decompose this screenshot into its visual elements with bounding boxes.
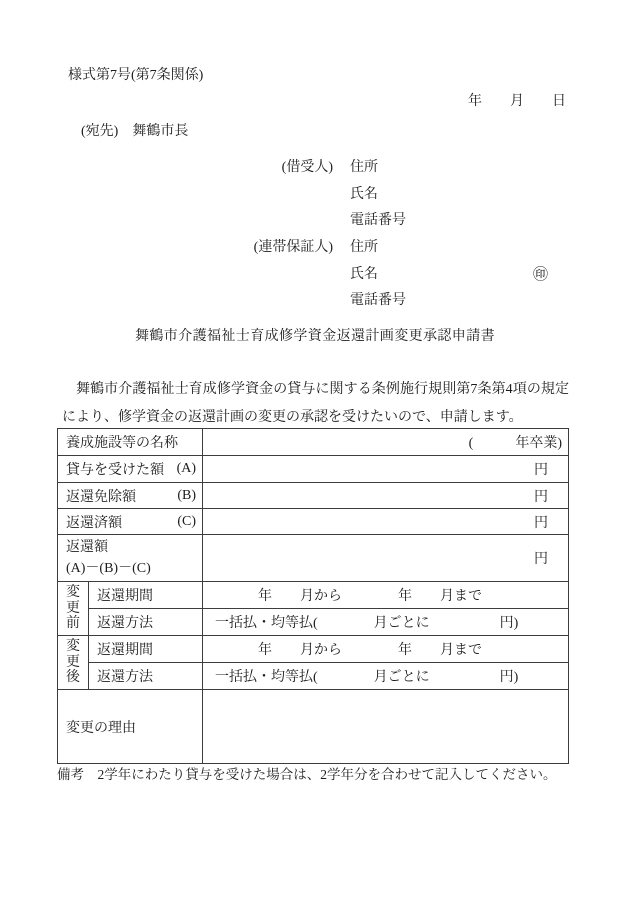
- addressee-line: (宛先)舞鶴市長: [81, 124, 188, 140]
- guarantor-role-label: (連帯保証人): [180, 236, 333, 256]
- before-method-value: 一括払・均等払( 月ごとに 円): [203, 609, 569, 636]
- phone-label: 電話番号: [350, 209, 406, 229]
- facility-row: 養成施設等の名称 ( 年卒業): [58, 429, 569, 456]
- facility-value: ( 年卒業): [203, 429, 569, 456]
- document-title: 舞鶴市介護福祉士育成修学資金返還計画変更承認申請書: [0, 328, 630, 346]
- form-number: 様式第7号(第7条関係): [68, 68, 203, 84]
- facility-label: 養成施設等の名称: [58, 429, 203, 456]
- after-method-value: 一括払・均等払( 月ごとに 円): [203, 663, 569, 690]
- amount-row-repaid: 返還済額 (C) 円: [58, 509, 569, 535]
- address-label: 住所: [350, 236, 378, 256]
- reason-value-blank: [203, 690, 569, 764]
- before-period-value: 年 月から 年 月まで: [203, 582, 569, 609]
- party-line-borrower-name: 氏名: [0, 183, 630, 210]
- total-repayment-row: 返還額 (A)－(B)－(C) 円: [58, 535, 569, 582]
- address-label: 住所: [350, 156, 378, 176]
- repaid-amount-label: 返還済額: [66, 512, 122, 532]
- application-form-page: 様式第7号(第7条関係) 年 月 日 (宛先)舞鶴市長 (借受人) 住所 氏名 …: [0, 0, 630, 903]
- date-line: 年 月 日: [0, 94, 566, 110]
- party-block: (借受人) 住所 氏名 電話番号 (連帯保証人) 住所 氏名 ㊞ 電話番号: [0, 156, 630, 316]
- body-paragraph: 舞鶴市介護福祉士育成修学資金の貸与に関する条例施行規則第7条第4項の規定により、…: [62, 376, 569, 431]
- before-change-method-row: 返還方法 一括払・均等払( 月ごとに 円): [58, 609, 569, 636]
- seal-mark-icon: ㊞: [533, 263, 548, 284]
- name-label: 氏名: [350, 183, 378, 203]
- exempted-amount-unit: 円: [203, 483, 569, 509]
- after-change-method-row: 返還方法 一括払・均等払( 月ごとに 円): [58, 663, 569, 690]
- repaid-amount-unit: 円: [203, 509, 569, 535]
- reason-row: 変更の理由: [58, 690, 569, 764]
- before-method-label: 返還方法: [89, 609, 203, 636]
- after-period-value: 年 月から 年 月まで: [203, 636, 569, 663]
- reason-label: 変更の理由: [58, 690, 203, 764]
- party-line-borrower-address: (借受人) 住所: [0, 156, 630, 183]
- name-label: 氏名: [350, 263, 378, 283]
- application-table: 養成施設等の名称 ( 年卒業) 貸与を受けた額 (A) 円 返還免除額 (B): [57, 428, 569, 764]
- total-repayment-unit: 円: [203, 535, 569, 582]
- phone-label: 電話番号: [350, 289, 406, 309]
- loaned-amount-code: (A): [177, 461, 196, 477]
- amount-row-loaned: 貸与を受けた額 (A) 円: [58, 456, 569, 483]
- before-change-period-row: 変更前 返還期間 年 月から 年 月まで: [58, 582, 569, 609]
- addressee-prefix: (宛先): [81, 124, 118, 139]
- after-change-period-row: 変更後 返還期間 年 月から 年 月まで: [58, 636, 569, 663]
- loaned-amount-unit: 円: [203, 456, 569, 483]
- after-method-label: 返還方法: [89, 663, 203, 690]
- amount-row-exempted: 返還免除額 (B) 円: [58, 483, 569, 509]
- after-change-group-label: 変更後: [58, 636, 89, 690]
- after-period-label: 返還期間: [89, 636, 203, 663]
- party-line-guarantor-name: 氏名 ㊞: [0, 263, 630, 290]
- addressee-name: 舞鶴市長: [132, 124, 188, 139]
- loaned-amount-label: 貸与を受けた額: [66, 459, 164, 479]
- repaid-amount-code: (C): [177, 514, 196, 530]
- remarks-note: 備考 2学年にわたり貸与を受けた場合は、2学年分を合わせて記入してください。: [57, 767, 557, 783]
- total-repayment-label: 返還額 (A)－(B)－(C): [58, 535, 203, 582]
- party-line-guarantor-phone: 電話番号: [0, 289, 630, 316]
- party-line-borrower-phone: 電話番号: [0, 209, 630, 236]
- exempted-amount-label: 返還免除額: [66, 486, 136, 506]
- before-change-group-label: 変更前: [58, 582, 89, 636]
- borrower-role-label: (借受人): [180, 156, 333, 176]
- before-period-label: 返還期間: [89, 582, 203, 609]
- party-line-guarantor-address: (連帯保証人) 住所: [0, 236, 630, 263]
- exempted-amount-code: (B): [177, 488, 196, 504]
